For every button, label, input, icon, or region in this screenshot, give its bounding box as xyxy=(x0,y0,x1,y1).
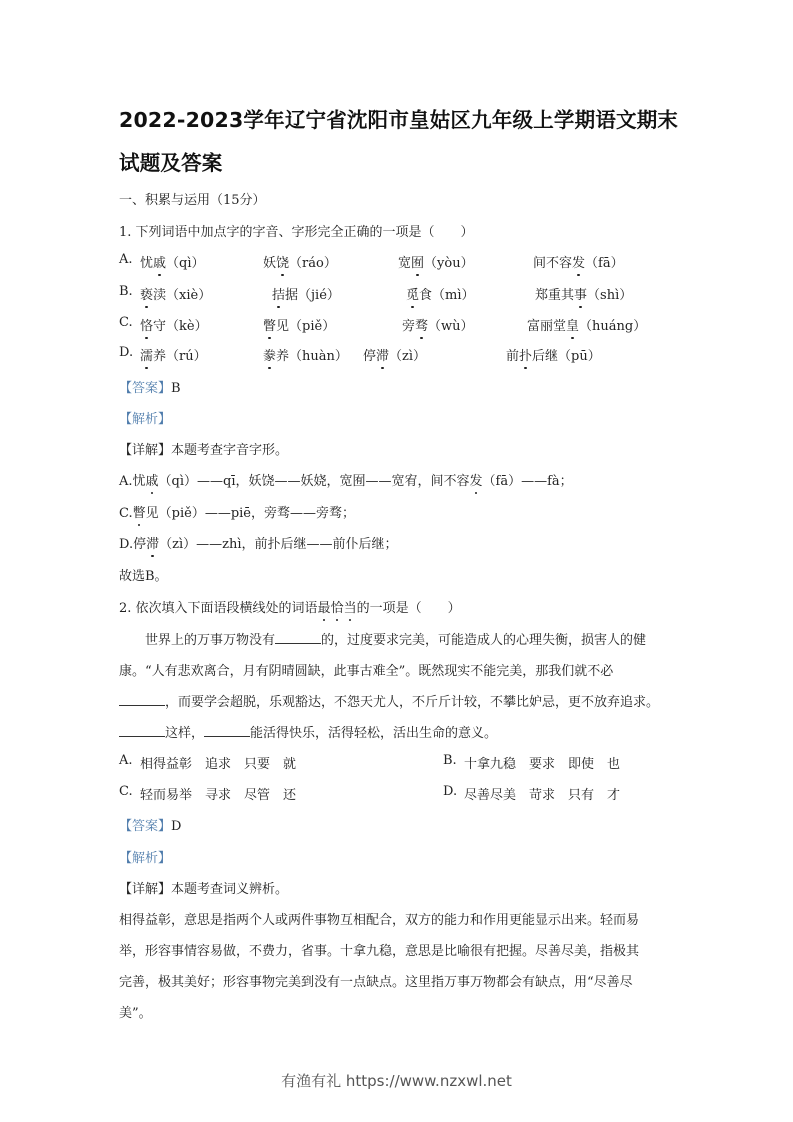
blank-1 xyxy=(275,631,321,644)
answer-label: 【答案】 xyxy=(119,381,171,396)
section-heading: 一、积累与运用（15分） xyxy=(119,189,266,208)
q2-passage-line3: ，而要学会超脱，乐观豁达，不怨天尤人，不斤斤计较，不攀比妒忌，更不放弃追求。 xyxy=(119,691,679,710)
option-item: 豢养（huàn） xyxy=(263,345,348,364)
option-item: 忧戚（qì） xyxy=(140,252,205,271)
option-letter: C. xyxy=(119,315,133,330)
option-item: 停滞（zì） xyxy=(363,345,426,364)
document-page: 2022-2023学年辽宁省沈阳市皇姑区九年级上学期语文期末 试题及答案 一、积… xyxy=(0,0,793,1122)
blank-2 xyxy=(119,693,165,706)
footer-watermark: 有渔有礼 https://www.nzxwl.net xyxy=(0,1070,793,1091)
option-item: 间不容发（fā） xyxy=(533,252,624,271)
document-title-line2: 试题及答案 xyxy=(119,146,689,176)
q1-conclusion: 故选B。 xyxy=(119,565,168,584)
q2-stem: 2. 依次填入下面语段横线处的词语最恰当的一项是（ ） xyxy=(119,597,461,616)
q1-explanation-d: D.停滞（zì）——zhì，前扑后继——前仆后继； xyxy=(119,533,398,552)
option-letter: A. xyxy=(119,252,133,267)
q2-explanation-line4: 美”。 xyxy=(119,1002,679,1021)
q2-detail: 【详解】本题考查词义辨析。 xyxy=(119,878,288,897)
q2-answer: 【答案】D xyxy=(119,815,181,834)
q1-detail: 【详解】本题考查字音字形。 xyxy=(119,439,288,458)
blank-4 xyxy=(204,724,250,737)
q1-explanation-c: C.瞥见（piě）——piē，旁骛——旁骛； xyxy=(119,502,355,521)
answer-value: B xyxy=(171,381,181,396)
q1-analysis-label: 【解析】 xyxy=(119,408,171,427)
q1-answer: 【答案】B xyxy=(119,377,181,396)
option-letter: B. xyxy=(119,284,133,299)
q2-analysis-label: 【解析】 xyxy=(119,847,171,866)
option-item: 郑重其事（shì） xyxy=(535,284,632,303)
option-item: 前扑后继（pū） xyxy=(506,345,601,364)
answer-label: 【答案】 xyxy=(119,819,171,834)
option-item: 觅食（mì） xyxy=(406,284,475,303)
q2-explanation-line1: 相得益彰，意思是指两个人或两件事物互相配合，双方的能力和作用更能显示出来。轻而易 xyxy=(119,909,679,928)
option-item: 瞥见（piě） xyxy=(263,315,335,334)
q1-explanation-a: A.忧戚（qì）——qī，妖饶——妖娆，宽囿——宽宥，间不容发（fā）——fà； xyxy=(119,470,573,489)
option-item: 濡养（rú） xyxy=(140,345,207,364)
q2-passage-line2: 康。“人有悲欢离合，月有阴晴圆缺，此事古难全”。既然现实不能完美，那我们就不必 xyxy=(119,660,679,679)
option-item: 富丽堂皇（huáng） xyxy=(527,315,646,334)
option-item: 妖饶（ráo） xyxy=(263,252,337,271)
option-item: 恪守（kè） xyxy=(140,315,208,334)
answer-value: D xyxy=(171,819,181,834)
option-item: 拮据（jié） xyxy=(272,284,340,303)
q2-passage-line4: 这样，能活得快乐，活得轻松，活出生命的意义。 xyxy=(119,722,679,741)
option-letter: D. xyxy=(119,345,133,360)
q2-passage-line1: 世界上的万事万物没有的，过度要求完美，可能造成人的心理失衡，损害人的健 xyxy=(119,629,679,648)
document-title-line1: 2022-2023学年辽宁省沈阳市皇姑区九年级上学期语文期末 xyxy=(119,103,689,133)
q2-explanation-line2: 举，形容事情容易做，不费力，省事。十拿九稳，意思是比喻很有把握。尽善尽美，指极其 xyxy=(119,940,679,959)
option-item: 亵渎（xiè） xyxy=(140,284,211,303)
q1-stem: 1. 下列词语中加点字的字音、字形完全正确的一项是（ ） xyxy=(119,221,474,240)
q2-explanation-line3: 完善，极其美好；形容事物完美到没有一点缺点。这里指万事万物都会有缺点，用“尽善尽 xyxy=(119,971,679,990)
option-item: 旁骛（wù） xyxy=(402,315,474,334)
blank-3 xyxy=(119,724,165,737)
option-item: 宽囿（yòu） xyxy=(398,252,474,271)
